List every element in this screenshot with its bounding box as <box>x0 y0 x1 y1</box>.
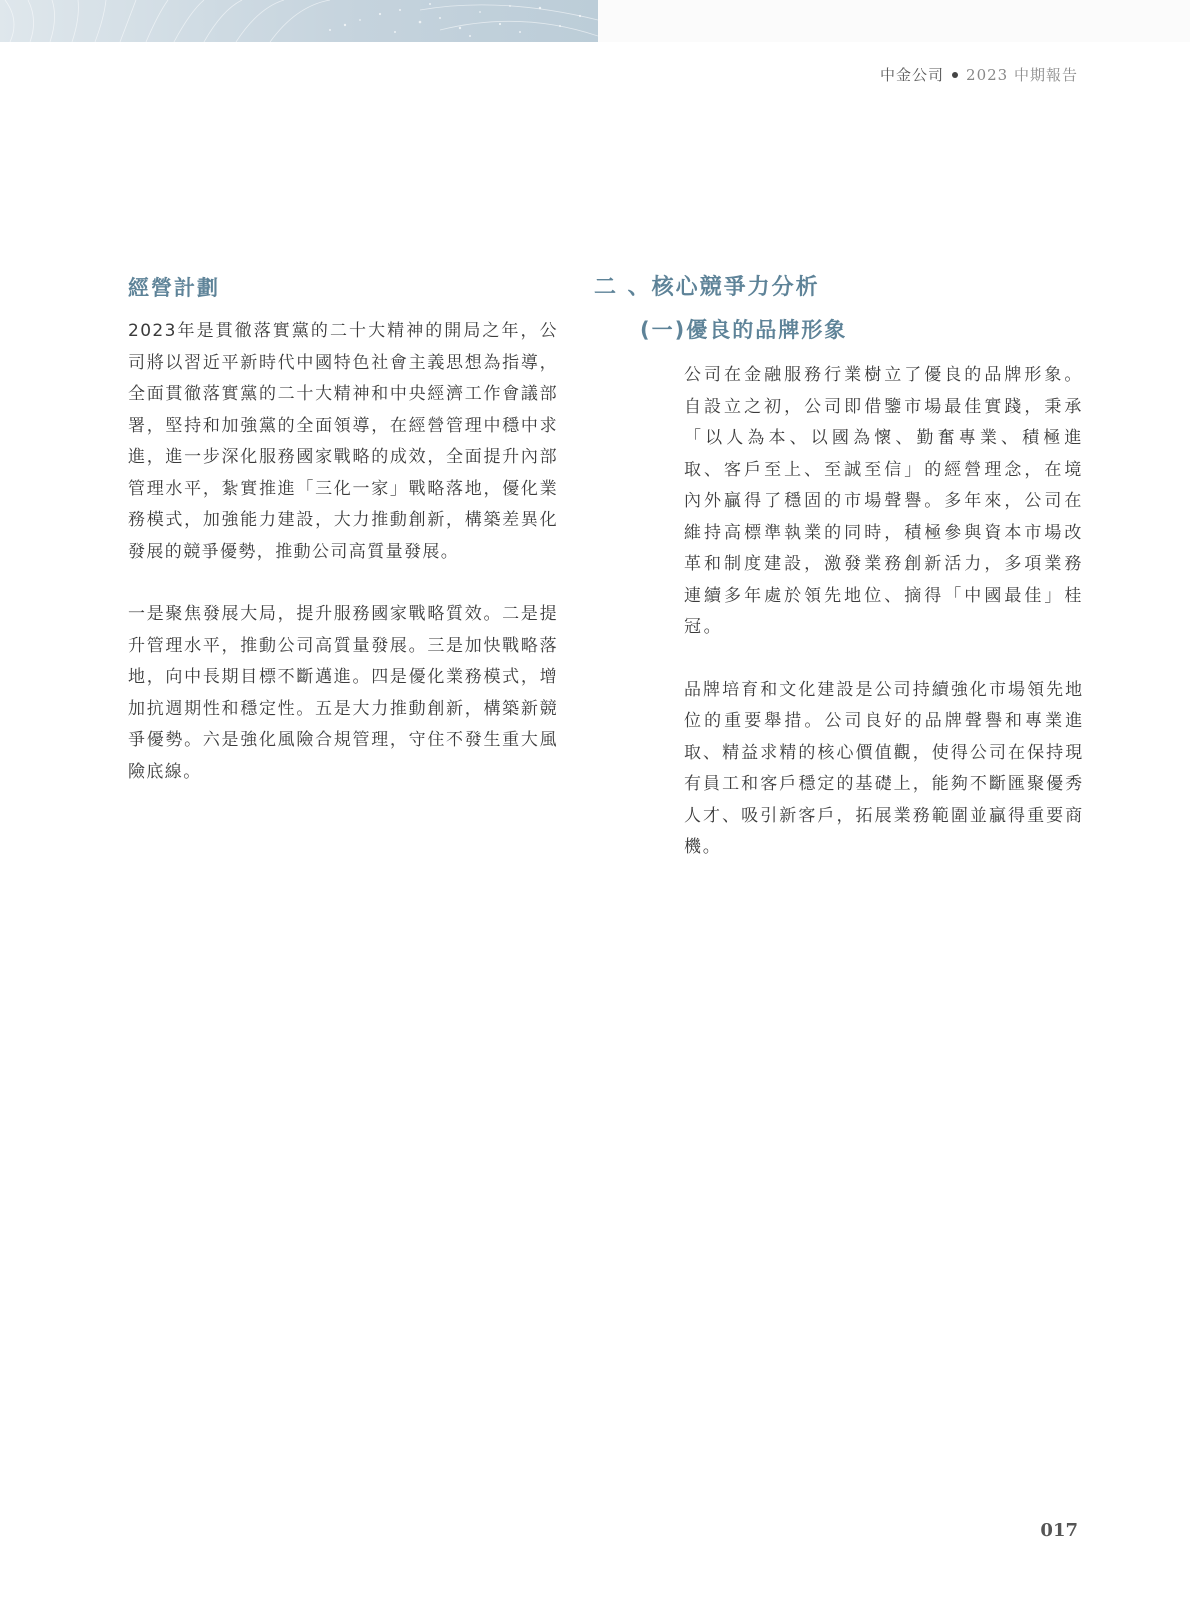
company-name: 中金公司 <box>880 66 944 84</box>
report-title: 2023 中期報告 <box>966 66 1078 84</box>
paragraph: 2023年是貫徹落實黨的二十大精神的開局之年，公司將以習近平新時代中國特色社會主… <box>128 316 558 568</box>
right-column: 二 、核心競爭力分析 (一)優良的品牌形象 公司在金融服務行業樹立了優良的品牌形… <box>604 272 1084 864</box>
page-number: 017 <box>1040 1520 1078 1541</box>
running-header: 中金公司2023 中期報告 <box>880 64 1078 85</box>
decorative-banner <box>0 0 598 42</box>
paragraph: 品牌培育和文化建設是公司持續強化市場領先地位的重要舉措。公司良好的品牌聲譽和專業… <box>684 675 1084 864</box>
subheading-brand-image: (一)優良的品牌形象 <box>640 314 1084 346</box>
paragraph: 公司在金融服務行業樹立了優良的品牌形象。自設立之初，公司即借鑒市場最佳實踐，秉承… <box>684 360 1084 644</box>
paragraph: 一是聚焦發展大局，提升服務國家戰略質效。二是提升管理水平，推動公司高質量發展。三… <box>128 599 558 788</box>
banner-pattern-icon <box>0 0 598 42</box>
section-heading-business-plan: 經營計劃 <box>128 272 558 304</box>
left-column: 經營計劃 2023年是貫徹落實黨的二十大精神的開局之年，公司將以習近平新時代中國… <box>128 272 558 788</box>
bullet-separator-icon <box>952 72 958 78</box>
section-heading-core-competitiveness: 二 、核心競爭力分析 <box>594 272 1084 304</box>
